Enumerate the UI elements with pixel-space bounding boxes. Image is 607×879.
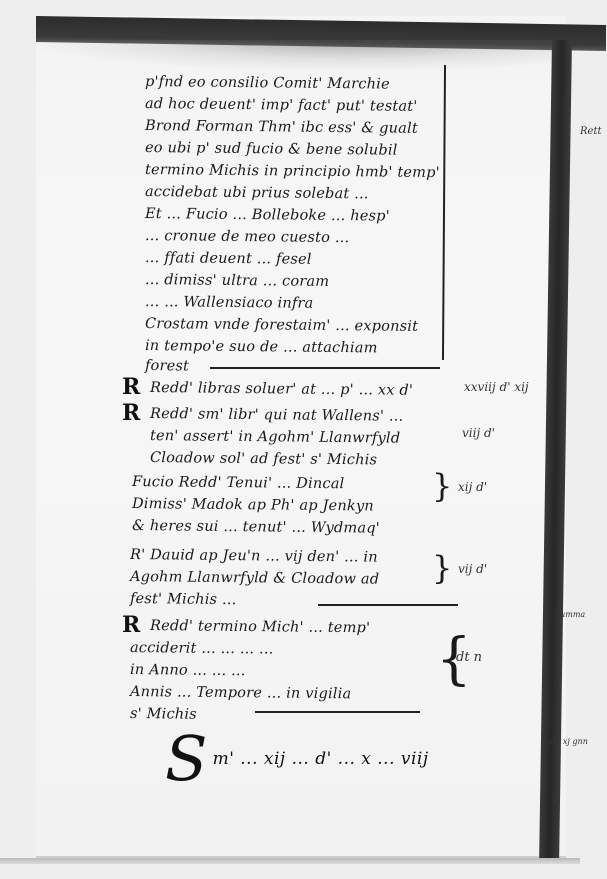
text-line: ... cronue de meo cuesto ... [145,228,349,246]
text-line: in Anno ... ... ... [130,662,246,679]
margin-note-total: iiij' xj gnn [548,737,588,746]
line-filler-stroke [318,604,458,606]
text-line: Crostam vnde forestaim' ... exponsit [145,316,418,335]
text-line: ad hoc deuent' imp' fact' put' testat' [145,96,418,115]
bottom-page-edge [0,858,580,864]
text-line: ... dimiss' ultra ... coram [145,272,329,290]
text-line: Agohm Llanwrfyld & Cloadow ad [130,569,379,588]
text-line: ... ffati deuent ... fesel [145,250,312,268]
signature-text: m' ... xij ... d' ... x ... viij [213,749,429,769]
text-line: termino Michis in principio hmb' temp' [145,162,440,181]
margin-amount: viij d' [462,426,495,440]
margin-bracket-note: dt n [456,650,482,665]
text-line: acciderit ... ... ... ... [130,640,274,658]
decorated-initial: R [122,374,140,400]
text-line: Fucio Redd' Tenui' ... Dincal [132,474,345,492]
signature-initial: S [165,722,207,795]
text-line: eo ubi p' sud fucio & bene solubil [145,140,398,159]
text-line: & heres sui ... tenut' ... Wydmaq' [132,518,380,537]
margin-amount: xxviij d' xij [464,380,529,394]
text-line: Dimiss' Madok ap Ph' ap Jenkyn [132,496,374,515]
signature-flourish: S m' ... xij ... d' ... x ... viij [165,728,429,790]
text-line: fest' Michis ... [130,591,237,608]
text-line: accidebat ubi prius solebat ... [145,184,369,202]
line-filler-stroke [210,367,440,369]
text-line: forest [145,358,189,374]
decorated-initial: R [122,612,140,638]
text-line: Redd' libras soluer' at ... p' ... xx d' [150,380,413,399]
text-line: Redd' termino Mich' ... temp' [150,618,370,636]
margin-note-rett: Rett [580,126,601,137]
text-line: R' Dauid ap Jeu'n ... vij den' ... in [130,547,378,566]
scanned-manuscript: p'fnd eo consilio Comit' Marchie ad hoc … [0,0,607,879]
text-line: Redd' sm' libr' qui nat Wallens' ... [150,406,404,425]
text-line: ... ... Wallensiaco infra [145,294,314,312]
bracket-brace: } [432,470,452,502]
line-filler-stroke [255,711,420,713]
text-line: ten' assert' in Agohm' Llanwrfyld [150,428,400,447]
margin-amount: vij d' [458,562,487,576]
decorated-initial: R [122,400,140,426]
top-edge-stain [36,40,556,70]
text-line: Et ... Fucio ... Bolleboke ... hesp' [145,206,390,225]
margin-amount: xij d' [458,480,487,494]
bracket-brace: } [432,552,452,584]
text-line: s' Michis [130,706,197,723]
text-line: Brond Forman Thm' ibc ess' & gualt [145,118,418,137]
margin-note-summa: summa [556,610,585,619]
text-line: in tempo'e suo de ... attachiam [145,338,378,356]
text-line: Annis ... Tempore ... in vigilia [130,684,352,702]
text-line: p'fnd eo consilio Comit' Marchie [145,74,390,93]
text-line: Cloadow sol' ad fest' s' Michis [150,450,377,468]
